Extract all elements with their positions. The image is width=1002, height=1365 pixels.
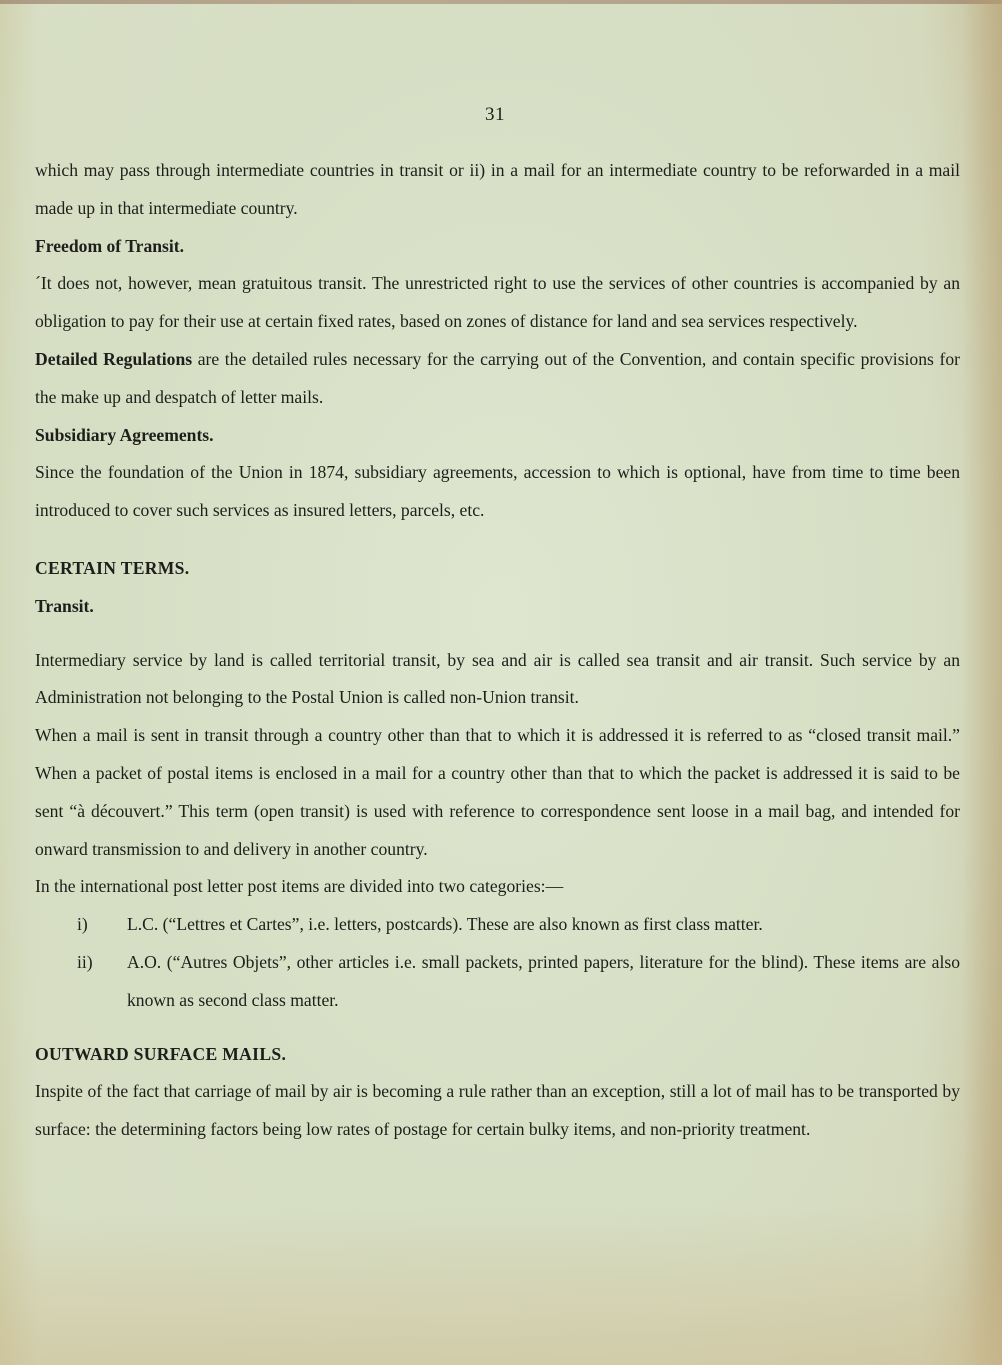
heading-outward-surface-mails: OUTWARD SURFACE MAILS.	[35, 1036, 960, 1074]
paragraph-subsidiary-agreements: Since the foundation of the Union in 187…	[35, 454, 960, 530]
list-marker: i)	[35, 906, 127, 944]
paragraph-gratuitous-transit: ´It does not, however, mean gratuitous t…	[35, 265, 960, 341]
heading-transit: Transit.	[35, 588, 960, 626]
spacer	[35, 626, 960, 642]
paragraph-intermediary-service: Intermediary service by land is called t…	[35, 642, 960, 718]
scanned-page: 31 which may pass through intermediate c…	[0, 0, 1002, 1365]
term-detailed-regulations: Detailed Regulations	[35, 349, 192, 369]
paragraph-detailed-regulations: Detailed Regulations are the detailed ru…	[35, 341, 960, 417]
spacer	[35, 530, 960, 550]
list-item-ao: ii) A.O. (“Autres Objets”, other article…	[35, 944, 960, 1020]
list-text: A.O. (“Autres Objets”, other articles i.…	[127, 944, 960, 1020]
list-marker: ii)	[35, 944, 127, 982]
list-text: L.C. (“Lettres et Cartes”, i.e. letters,…	[127, 906, 960, 944]
paragraph-continuation: which may pass through intermediate coun…	[35, 152, 960, 228]
heading-freedom-of-transit: Freedom of Transit.	[35, 228, 960, 266]
page-number: 31	[0, 104, 990, 126]
paragraph-categories-intro: In the international post letter post it…	[35, 868, 960, 906]
heading-subsidiary-agreements: Subsidiary Agreements.	[35, 417, 960, 455]
page-body: which may pass through intermediate coun…	[35, 152, 960, 1149]
spacer	[35, 1020, 960, 1036]
paragraph-closed-transit-mail: When a mail is sent in transit through a…	[35, 717, 960, 868]
list-item-lc: i) L.C. (“Lettres et Cartes”, i.e. lette…	[35, 906, 960, 944]
paragraph-outward-surface-mails: Inspite of the fact that carriage of mai…	[35, 1073, 960, 1149]
paper-edge-shadow	[962, 0, 1002, 1365]
heading-certain-terms: CERTAIN TERMS.	[35, 550, 960, 588]
